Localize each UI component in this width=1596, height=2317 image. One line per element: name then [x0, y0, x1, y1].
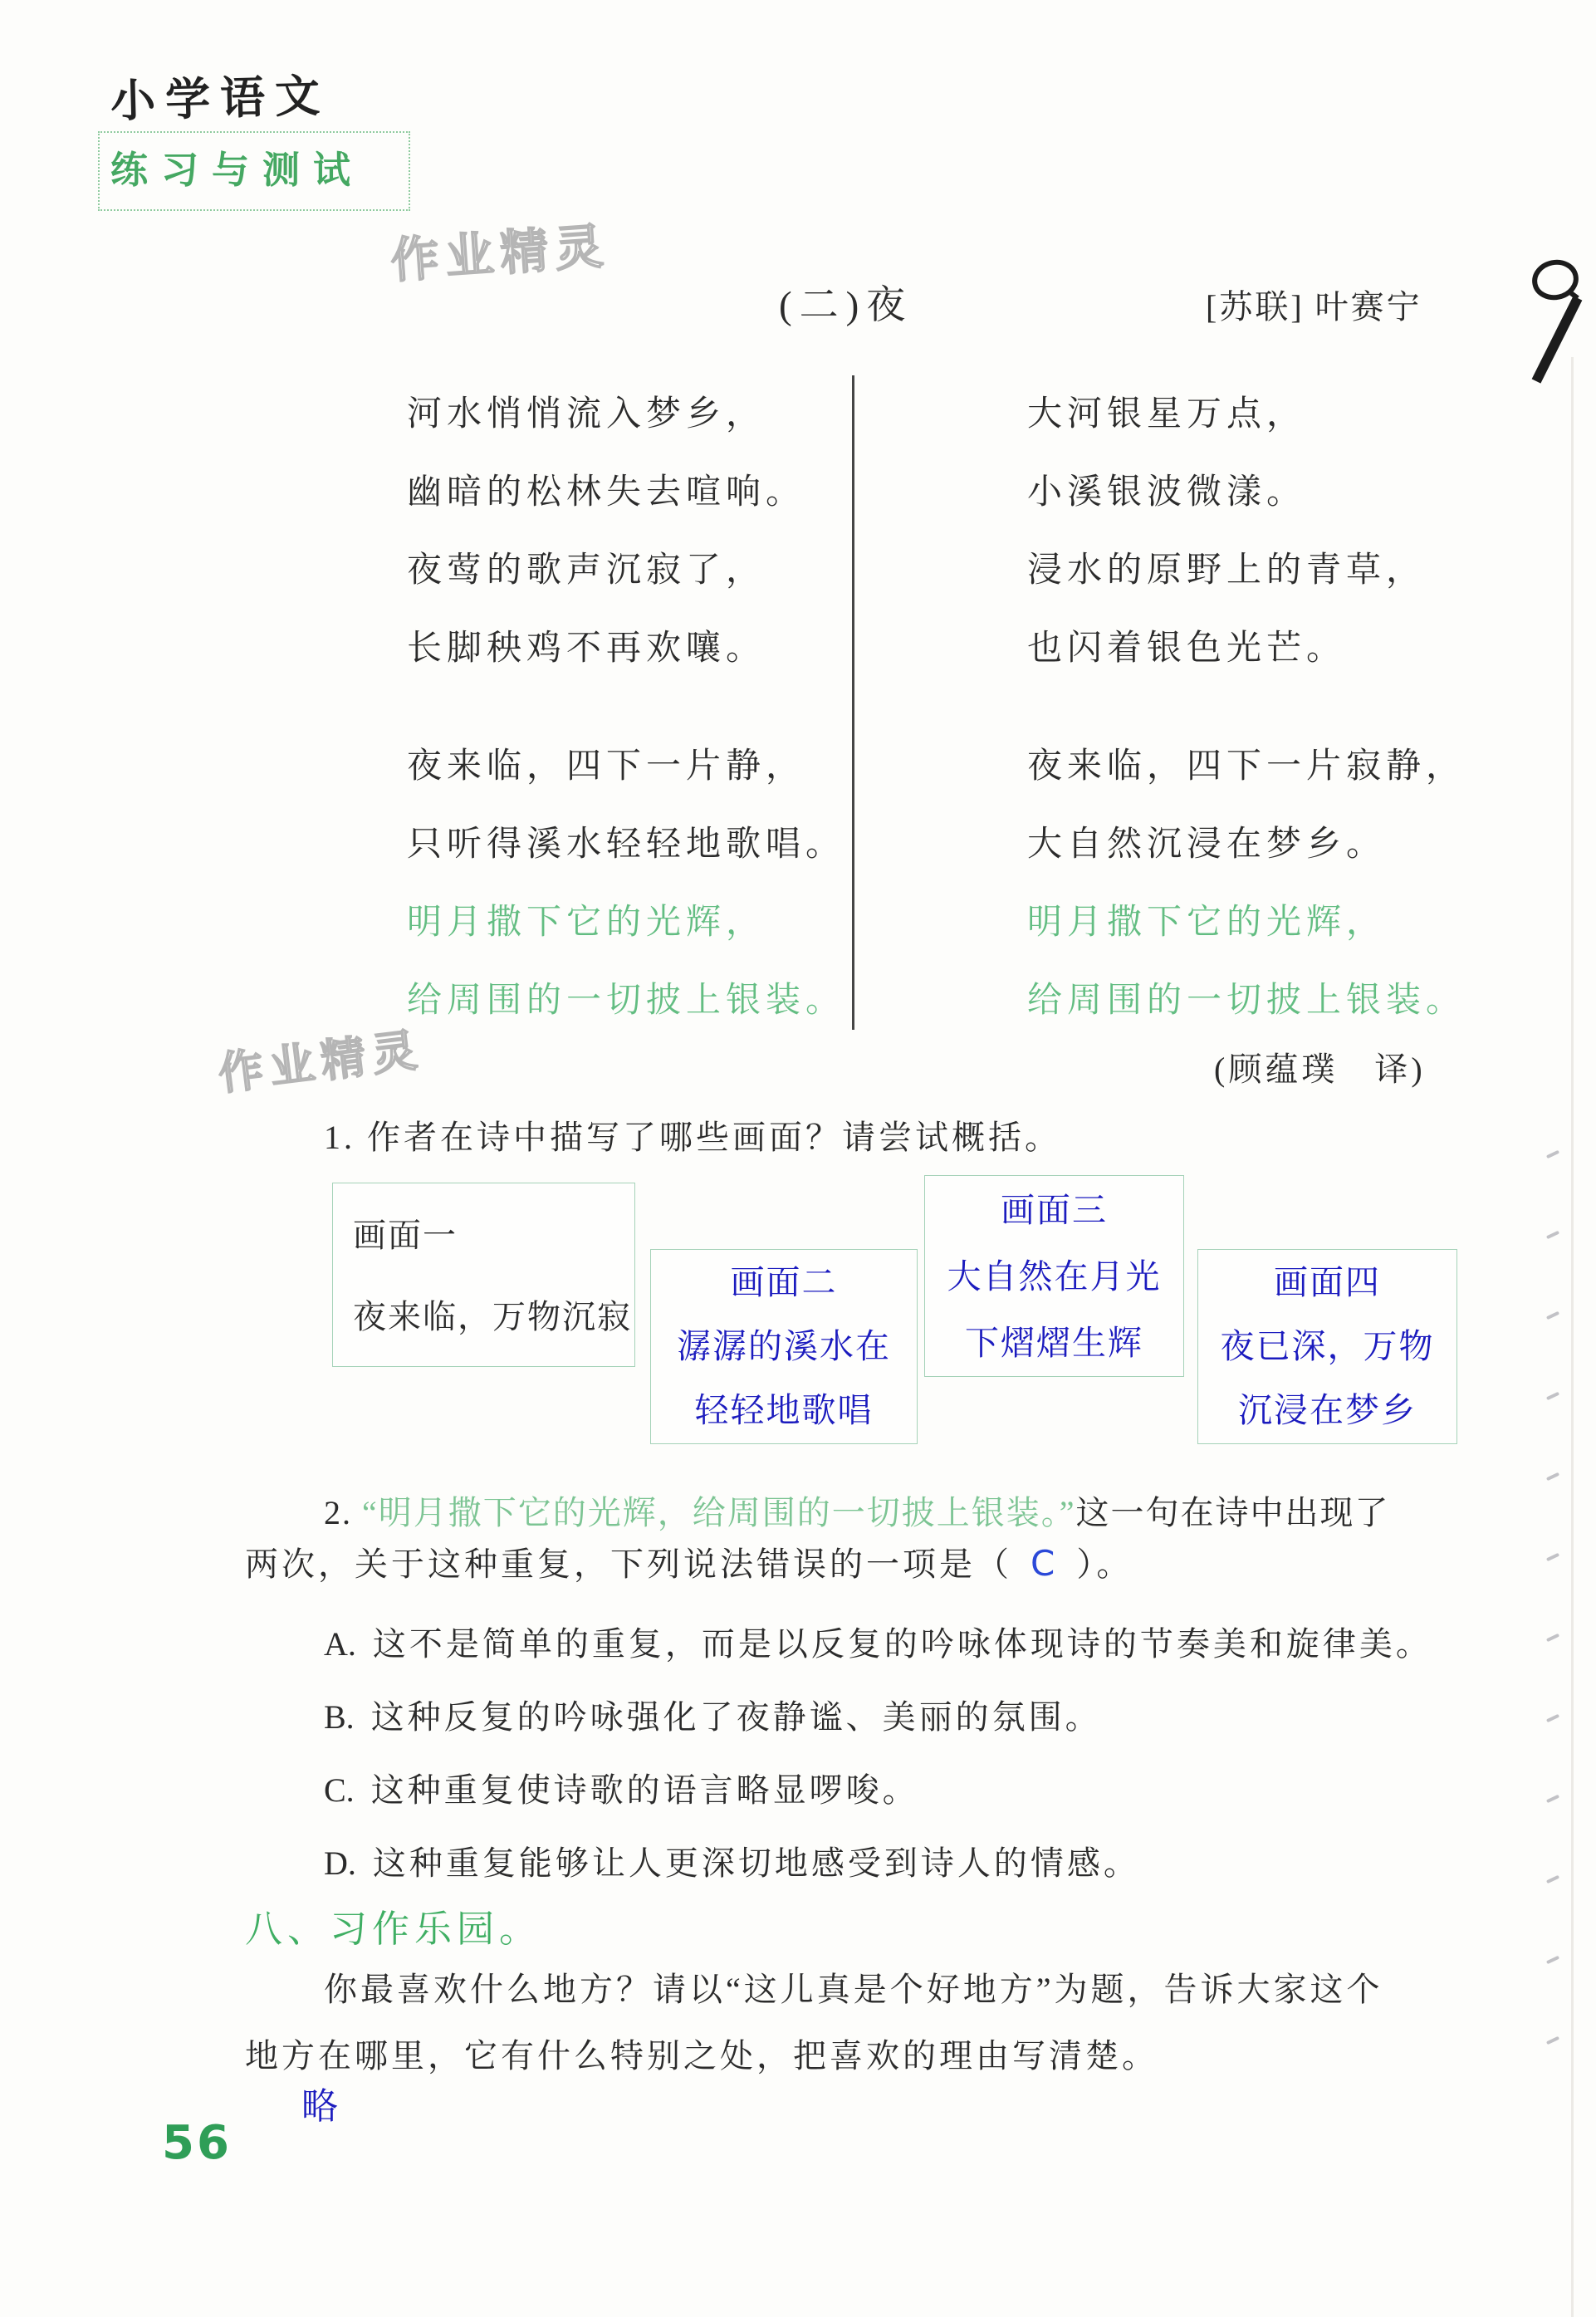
option-c: C.这种重复使诗歌的语言略显啰唆。: [324, 1764, 919, 1811]
poem-column-divider: [852, 375, 854, 1030]
option-d: D.这种重复能够让人更深切地感受到诗人的情感。: [324, 1837, 1140, 1884]
answer-box-3: 画面三 大自然在月光 下熠熠生辉: [924, 1175, 1184, 1377]
poem-line: 夜来临，四下一片静，: [407, 727, 845, 806]
option-c-label: C.: [324, 1771, 355, 1810]
question-2-line-2: 两次，关于这种重复，下列说法错误的一项是（C）。: [245, 1538, 1133, 1585]
poem-right-stanza-1: 大河银星万点， 小溪银波微漾。 浸水的原野上的青草， 也闪着银色光芒。: [1027, 375, 1426, 688]
answer-box-text: 潺潺的溪水在: [677, 1315, 891, 1379]
page-edge-line: [1571, 357, 1574, 2317]
section-8-heading: 八、习作乐园。: [245, 1898, 541, 1952]
question-1-text: 1. 作者在诗中描写了哪些画面？请尝试概括。: [324, 1111, 1061, 1158]
brand-title: 小学语文: [110, 61, 330, 130]
section-8-handwritten-answer: 略: [301, 2076, 338, 2129]
answer-box-label: 画面一: [353, 1195, 634, 1276]
poem-line-highlighted: 明月撒下它的光辉，: [1027, 884, 1466, 962]
brand-subtitle: 练习与测试: [110, 140, 364, 193]
option-a-label: A.: [324, 1624, 356, 1663]
answer-box-4: 画面四 夜已深，万物 沉浸在梦乡: [1197, 1249, 1457, 1444]
binding-mark: [1546, 1875, 1559, 1883]
workbook-page: 小学语文 练习与测试 作业精灵 作业精灵 (二)夜 [苏联] 叶赛宁 河水悄悄流…: [0, 0, 1596, 2317]
option-c-text: 这种重复使诗歌的语言略显啰唆。: [371, 1771, 919, 1809]
question-2-number: 2.: [324, 1494, 352, 1531]
option-d-text: 这种重复能够让人更深切地感受到诗人的情感。: [373, 1844, 1140, 1882]
watermark-middle: 作业精灵: [214, 1014, 427, 1103]
binding-mark: [1546, 1956, 1559, 1964]
binding-mark: [1546, 1150, 1559, 1158]
poem-line: 河水悄悄流入梦乡，: [407, 375, 805, 453]
answer-box-text: 下熠熠生辉: [965, 1310, 1143, 1376]
poem-line: 小溪银波微漾。: [1027, 453, 1426, 531]
section-8-paragraph-line-1: 你最喜欢什么地方？请以“这儿真是个好地方”为题，告诉大家这个: [324, 1963, 1383, 2011]
question-2-handwritten-answer: C: [1031, 1543, 1058, 1584]
option-b: B.这种反复的吟咏强化了夜静谧、美丽的氛围。: [324, 1691, 1102, 1738]
poem-line: 幽暗的松林失去喧响。: [407, 453, 805, 531]
binding-mark: [1546, 2036, 1559, 2045]
option-a: A.这不是简单的重复，而是以反复的吟咏体现诗的节奏美和旋律美。: [324, 1618, 1432, 1665]
answer-box-2: 画面二 潺潺的溪水在 轻轻地歌唱: [650, 1249, 918, 1444]
question-2-rest: 这一句在诗中出现了: [1076, 1494, 1390, 1531]
binding-mark: [1546, 1311, 1559, 1320]
binding-mark: [1546, 1231, 1559, 1239]
page-number: 56: [162, 2116, 232, 2170]
translator-credit: (顾蕴璞 译): [1214, 1043, 1426, 1090]
poem-line: 长脚秧鸡不再欢嚷。: [407, 610, 805, 688]
poem-left-stanza-1: 河水悄悄流入梦乡， 幽暗的松林失去喧响。 夜莺的歌声沉寂了， 长脚秧鸡不再欢嚷。: [407, 375, 805, 688]
section-8-paragraph-line-2: 地方在哪里，它有什么特别之处，把喜欢的理由写清楚。: [245, 2030, 1158, 2077]
question-2-line-2-text: 两次，关于这种重复，下列说法错误的一项是（: [245, 1545, 1012, 1583]
page-marker-icon: [1528, 252, 1588, 391]
poem-line-highlighted: 明月撒下它的光辉，: [407, 884, 845, 962]
option-b-text: 这种反复的吟咏强化了夜静谧、美丽的氛围。: [371, 1698, 1102, 1736]
binding-mark: [1546, 1553, 1559, 1561]
answer-box-text: 夜来临，万物沉寂: [353, 1276, 634, 1358]
answer-box-text: 夜已深，万物: [1221, 1315, 1435, 1379]
question-2-line-2-close: ）。: [1076, 1545, 1133, 1583]
binding-mark: [1546, 1472, 1559, 1481]
poem-line: 夜来临，四下一片寂静，: [1027, 727, 1466, 806]
question-2-line-1: 2. “明月撒下它的光辉，给周围的一切披上银装。”这一句在诗中出现了: [324, 1487, 1390, 1534]
answer-box-label: 画面四: [1274, 1251, 1381, 1315]
question-2-quote: “明月撒下它的光辉，给周围的一切披上银装。”: [362, 1494, 1076, 1531]
poem-line: 夜莺的歌声沉寂了，: [407, 531, 805, 610]
poem-title: (二)夜: [779, 274, 913, 330]
answer-box-label: 画面二: [731, 1251, 838, 1315]
answer-box-text: 大自然在月光: [947, 1243, 1162, 1310]
poem-line-highlighted: 给周围的一切披上银装。: [407, 962, 845, 1040]
poem-line: 浸水的原野上的青草，: [1027, 531, 1426, 610]
answer-box-text: 轻轻地歌唱: [695, 1379, 874, 1443]
binding-mark: [1546, 1795, 1559, 1803]
answer-box-text: 沉浸在梦乡: [1238, 1379, 1417, 1443]
poem-left-stanza-2: 夜来临，四下一片静， 只听得溪水轻轻地歌唱。 明月撒下它的光辉， 给周围的一切披…: [407, 727, 845, 1040]
answer-box-1: 画面一 夜来临，万物沉寂: [332, 1183, 635, 1367]
option-d-label: D.: [324, 1844, 356, 1883]
poem-right-stanza-2: 夜来临，四下一片寂静， 大自然沉浸在梦乡。 明月撒下它的光辉， 给周围的一切披上…: [1027, 727, 1466, 1040]
poem-line-highlighted: 给周围的一切披上银装。: [1027, 962, 1466, 1040]
poem-line: 只听得溪水轻轻地歌唱。: [407, 806, 845, 884]
poem-line: 也闪着银色光芒。: [1027, 610, 1426, 688]
watermark-top: 作业精灵: [388, 207, 611, 291]
binding-mark: [1546, 1714, 1559, 1722]
option-a-text: 这不是简单的重复，而是以反复的吟咏体现诗的节奏美和旋律美。: [373, 1625, 1432, 1663]
binding-mark: [1546, 1634, 1559, 1642]
poem-author: [苏联] 叶赛宁: [1206, 281, 1422, 328]
poem-line: 大河银星万点，: [1027, 375, 1426, 453]
answer-box-label: 画面三: [1001, 1177, 1108, 1243]
binding-mark: [1546, 1392, 1559, 1400]
option-b-label: B.: [324, 1697, 355, 1737]
poem-line: 大自然沉浸在梦乡。: [1027, 806, 1466, 884]
